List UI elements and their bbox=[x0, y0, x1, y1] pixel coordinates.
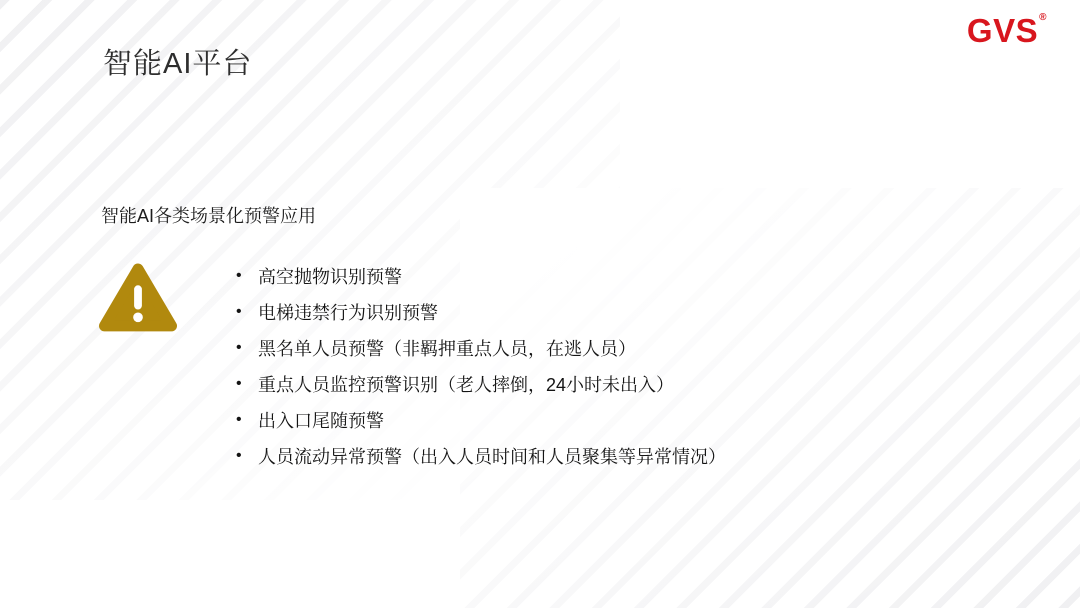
list-item: •高空抛物识别预警 bbox=[236, 258, 726, 294]
list-item: •出入口尾随预警 bbox=[236, 402, 726, 438]
bullet-dot: • bbox=[236, 339, 258, 357]
list-item: •黑名单人员预警（非羁押重点人员，在逃人员） bbox=[236, 330, 726, 366]
bullet-dot: • bbox=[236, 411, 258, 429]
list-item-text: 黑名单人员预警（非羁押重点人员，在逃人员） bbox=[258, 335, 636, 361]
list-item: •重点人员监控预警识别（老人摔倒，24小时未出入） bbox=[236, 366, 726, 402]
gvs-logo: GVS® bbox=[967, 14, 1046, 47]
section-subtitle: 智能AI各类场景化预警应用 bbox=[101, 202, 316, 228]
bullet-dot: • bbox=[236, 267, 258, 285]
list-item-text: 高空抛物识别预警 bbox=[258, 263, 402, 289]
list-item-text: 电梯违禁行为识别预警 bbox=[258, 299, 438, 325]
registered-trademark-icon: ® bbox=[1039, 12, 1047, 23]
list-item-text: 人员流动异常预警（出入人员时间和人员聚集等异常情况） bbox=[258, 443, 726, 469]
list-item-text: 出入口尾随预警 bbox=[258, 407, 384, 433]
gvs-logo-text: GVS bbox=[967, 12, 1038, 49]
list-item: •电梯违禁行为识别预警 bbox=[236, 294, 726, 330]
bullet-dot: • bbox=[236, 447, 258, 465]
slide-canvas: { "page": { "title": "智能AI平台" }, "logo":… bbox=[0, 0, 1080, 608]
warning-triangle-icon bbox=[99, 261, 177, 333]
page-title: 智能AI平台 bbox=[103, 41, 252, 82]
bullet-dot: • bbox=[236, 303, 258, 321]
warning-list: •高空抛物识别预警 •电梯违禁行为识别预警 •黑名单人员预警（非羁押重点人员，在… bbox=[236, 258, 726, 474]
list-item-text: 重点人员监控预警识别（老人摔倒，24小时未出入） bbox=[258, 371, 674, 397]
bullet-dot: • bbox=[236, 375, 258, 393]
list-item: •人员流动异常预警（出入人员时间和人员聚集等异常情况） bbox=[236, 438, 726, 474]
